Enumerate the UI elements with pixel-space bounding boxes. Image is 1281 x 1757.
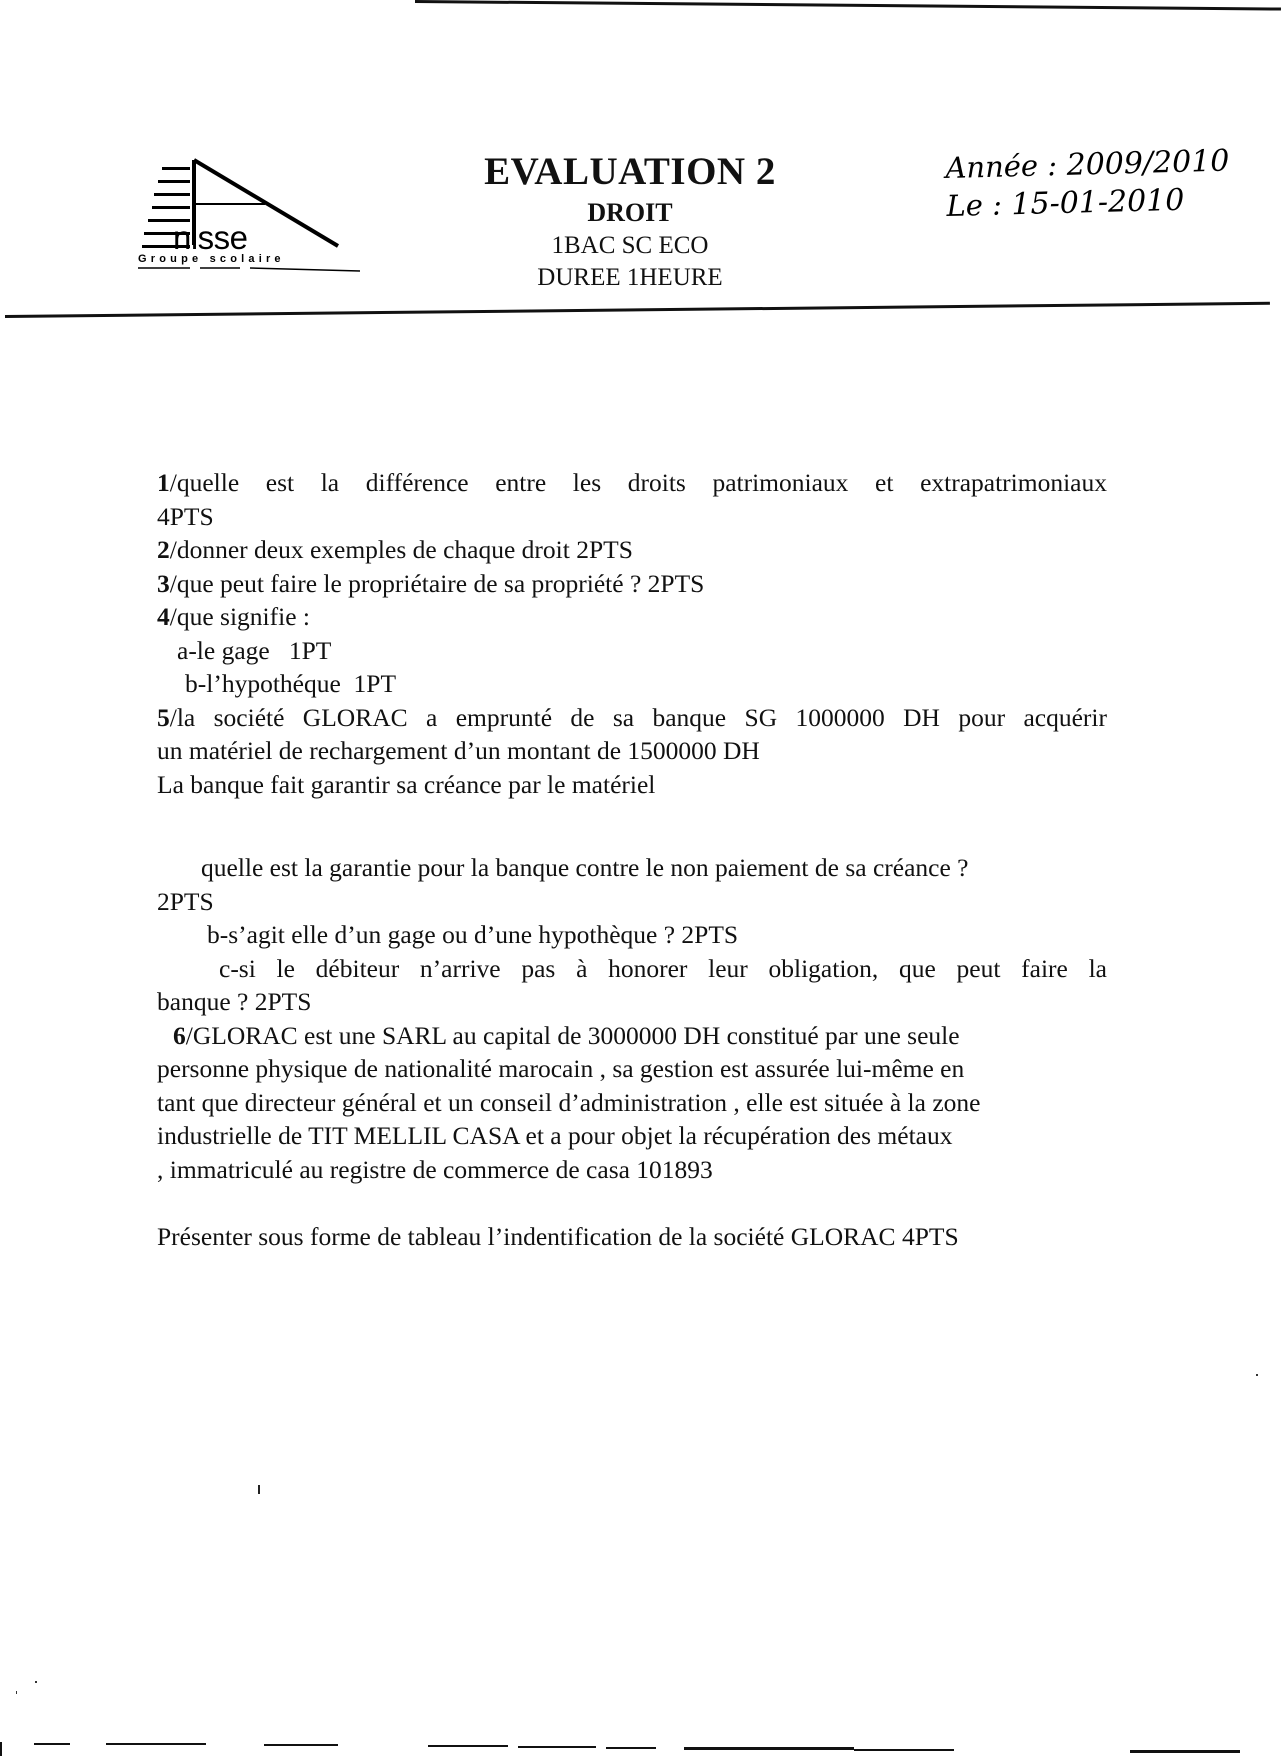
spacer bbox=[157, 801, 1107, 851]
handwritten-date: Le : 15-01-2010 bbox=[946, 180, 1231, 225]
question-5-sub-a-points: 2PTS bbox=[157, 885, 1107, 919]
question-1: 1/quelle est la différence entre les dro… bbox=[157, 466, 1107, 500]
exam-subject: DROIT bbox=[460, 200, 800, 226]
question-6-task: Présenter sous forme de tableau l’indent… bbox=[157, 1220, 1107, 1254]
date-label: Le : bbox=[946, 187, 1002, 222]
handwritten-date-info: Année : 2009/2010 Le : 15-01-2010 bbox=[945, 143, 1231, 225]
scan-bottom-edge-line bbox=[854, 1749, 954, 1751]
school-logo: nisse Groupe scolaire bbox=[130, 150, 370, 280]
exam-class: 1BAC SC ECO bbox=[460, 233, 800, 258]
scan-speck bbox=[16, 1691, 17, 1694]
question-5-number: 5 bbox=[157, 703, 170, 732]
question-4-item-a: a-le gage 1PT bbox=[157, 634, 1107, 668]
question-3-text: /que peut faire le propriétaire de sa pr… bbox=[170, 569, 705, 598]
spacer bbox=[157, 1186, 1107, 1220]
exam-title: EVALUATION 2 bbox=[460, 152, 800, 191]
scan-bottom-edge-line bbox=[0, 1742, 2, 1756]
exam-title-block: EVALUATION 2 DROIT 1BAC SC ECO DUREE 1HE… bbox=[460, 150, 800, 290]
question-4-text: /que signifie : bbox=[170, 602, 310, 631]
scan-bottom-edge-line bbox=[428, 1745, 508, 1747]
handwritten-year: Année : 2009/2010 bbox=[945, 143, 1230, 188]
question-5-line-2: un matériel de rechargement d’un montant… bbox=[157, 734, 1107, 768]
scan-bottom-edge-line bbox=[264, 1744, 338, 1746]
question-4-item-b: b-l’hypothéque 1PT bbox=[157, 667, 1107, 701]
date-value: 15-01-2010 bbox=[1011, 182, 1185, 222]
question-6-number: 6 bbox=[173, 1021, 186, 1050]
scan-bottom-edge-line bbox=[106, 1743, 206, 1745]
question-6-line-4: industrielle de TIT MELLIL CASA et a pou… bbox=[157, 1119, 1107, 1153]
question-1-points: 4PTS bbox=[157, 500, 1107, 534]
question-5-sub-b: b-s’agit elle d’un gage ou d’une hypothè… bbox=[157, 918, 1107, 952]
scan-stray-mark bbox=[258, 1485, 260, 1494]
question-6-line-3: tant que directeur général et un conseil… bbox=[157, 1086, 1107, 1120]
scan-bottom-edge-line bbox=[606, 1747, 656, 1749]
scan-speck bbox=[35, 1681, 37, 1683]
question-5-text: /la société GLORAC a emprunté de sa banq… bbox=[170, 703, 1107, 732]
year-label: Année : bbox=[945, 148, 1057, 185]
question-1-number: 1 bbox=[157, 468, 170, 497]
question-3: 3/que peut faire le propriétaire de sa p… bbox=[157, 567, 1107, 601]
question-2: 2/donner deux exemples de chaque droit 2… bbox=[157, 533, 1107, 567]
scan-bottom-edge-line bbox=[684, 1747, 854, 1750]
scan-bottom-edge-line bbox=[518, 1746, 596, 1748]
question-5-sub-c-end: banque ? 2PTS bbox=[157, 985, 1107, 1019]
question-2-number: 2 bbox=[157, 535, 170, 564]
question-4-number: 4 bbox=[157, 602, 170, 631]
question-6-line-2: personne physique de nationalité marocai… bbox=[157, 1052, 1107, 1086]
question-5-sub-c: c-si le débiteur n’arrive pas à honorer … bbox=[157, 952, 1107, 986]
question-4: 4/que signifie : bbox=[157, 600, 1107, 634]
logo-tagline: Groupe scolaire bbox=[138, 254, 285, 265]
question-5-sub-a: quelle est la garantie pour la banque co… bbox=[157, 851, 1107, 885]
question-2-text: /donner deux exemples de chaque droit 2P… bbox=[170, 535, 633, 564]
exam-questions: 1/quelle est la différence entre les dro… bbox=[157, 466, 1107, 1253]
year-value: 2009/2010 bbox=[1066, 144, 1230, 183]
question-6-line-5: , immatriculé au registre de commerce de… bbox=[157, 1153, 1107, 1187]
question-6: 6/GLORAC est une SARL au capital de 3000… bbox=[157, 1019, 1107, 1053]
logo-name: nisse bbox=[173, 221, 248, 254]
scan-speck bbox=[1256, 1374, 1258, 1376]
exam-duration: DUREE 1HEURE bbox=[460, 265, 800, 290]
question-1-text: /quelle est la différence entre les droi… bbox=[170, 468, 1107, 497]
scan-bottom-edge-line bbox=[1130, 1750, 1240, 1753]
question-3-number: 3 bbox=[157, 569, 170, 598]
question-6-text: /GLORAC est une SARL au capital de 30000… bbox=[186, 1021, 960, 1050]
header-separator-line bbox=[5, 302, 1270, 318]
scan-top-edge-line bbox=[415, 0, 1281, 11]
scan-bottom-edge-line bbox=[34, 1743, 70, 1745]
question-5-line-3: La banque fait garantir sa créance par l… bbox=[157, 768, 1107, 802]
question-5: 5/la société GLORAC a emprunté de sa ban… bbox=[157, 701, 1107, 735]
